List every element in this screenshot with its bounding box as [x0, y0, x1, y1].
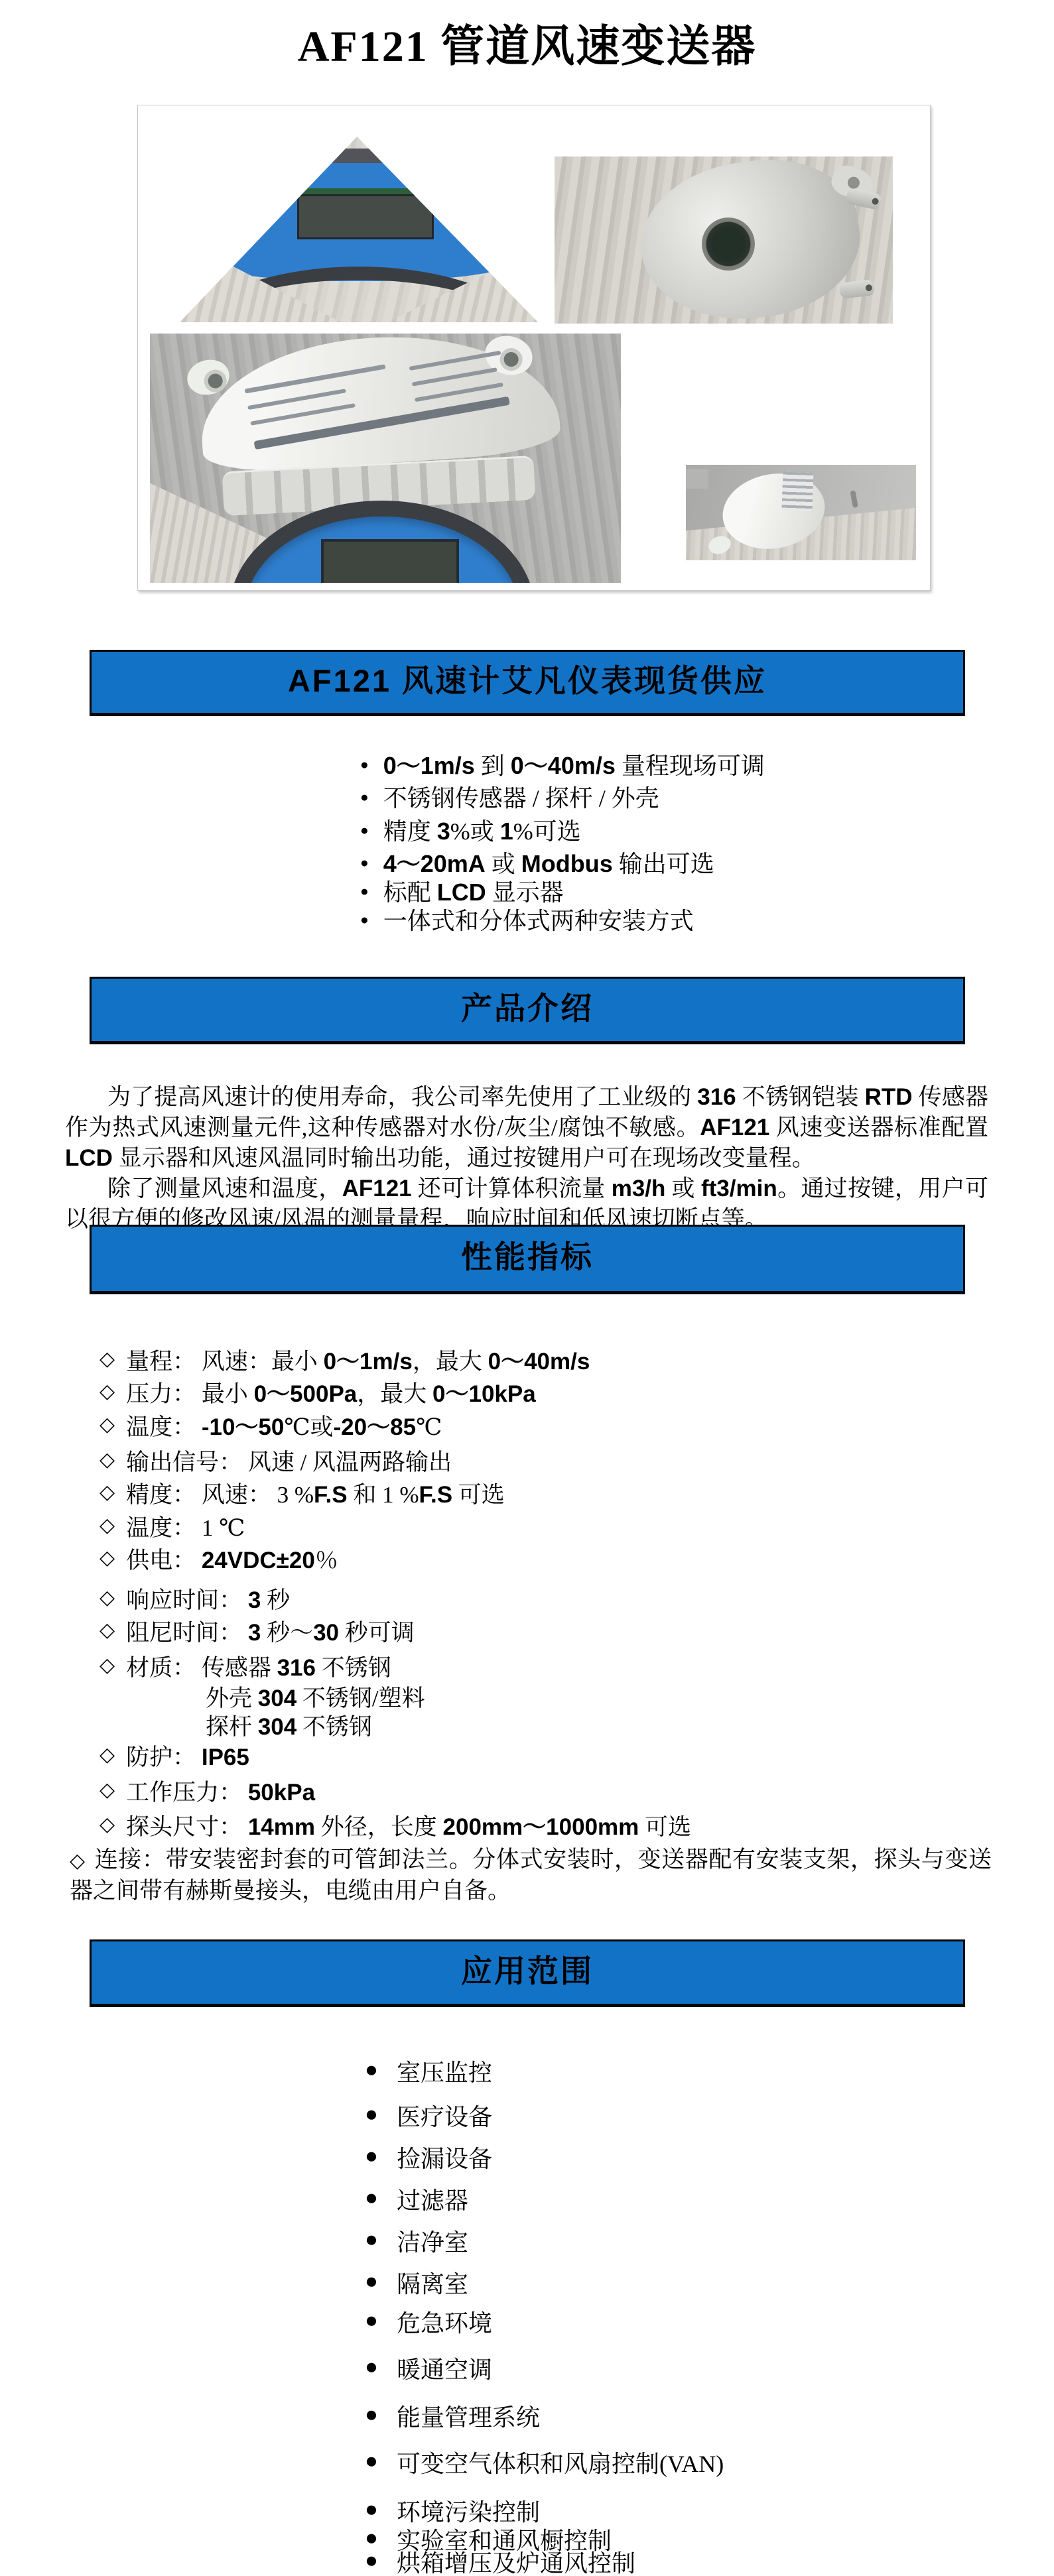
- cable-gland-bottom: [839, 279, 875, 298]
- spec-item: ◇ 供电： 24VDC±20％: [99, 1542, 338, 1575]
- application-text: 烘箱增压及炉通风控制: [397, 2545, 635, 2576]
- device-label: [781, 472, 813, 512]
- application-item: ● 能量管理系统: [365, 2399, 540, 2433]
- spec-item-connection: ◇连接：带安装密封套的可管卸法兰。分体式安装时，变送器配有安装支架，探头与变送器…: [70, 1845, 992, 1906]
- diamond-bullet-icon: ◇: [99, 1588, 115, 1608]
- spec-text: 阻尼时间： 3 秒～30 秒可调: [126, 1615, 415, 1648]
- application-item: ● 烘箱增压及炉通风控制: [365, 2545, 635, 2576]
- application-text: 捡漏设备: [397, 2140, 492, 2174]
- banner-specs-text: 性能指标: [461, 1233, 594, 1277]
- feature-text: 一体式和分体式两种安装方式: [383, 902, 694, 936]
- bullet-icon: ●: [360, 824, 369, 837]
- document-page: AF121 管道风速变送器: [0, 0, 1054, 2576]
- mounting-hole: [202, 367, 229, 395]
- feature-item: ● 精度 3%或 1%可选: [360, 813, 581, 847]
- feature-text: 不锈钢传感器 / 探杆 / 外壳: [383, 780, 659, 814]
- diamond-bullet-icon: ◇: [99, 1815, 115, 1835]
- spec-item: ◇ 工作压力： 50kPa: [99, 1774, 315, 1808]
- spec-text: 探头尺寸： 14mm 外径，长度 200mm～1000mm 可选: [126, 1809, 691, 1842]
- spec-item-continuation: 探杆 304 不锈钢: [206, 1709, 372, 1742]
- intro-section: 为了提高风速计的使用寿命，我公司率先使用了工业级的 316 不锈钢铠装 RTD …: [65, 1082, 988, 1235]
- banner-specs: 性能指标: [90, 1225, 965, 1294]
- bullet-icon: ●: [360, 790, 369, 804]
- bullet-icon: ●: [365, 2451, 378, 2473]
- product-photo-side-view: [555, 156, 893, 324]
- bullet-icon: ●: [365, 2404, 378, 2426]
- application-text: 洁净室: [397, 2224, 468, 2258]
- bullet-icon: ●: [365, 2271, 378, 2293]
- diamond-bullet-icon: ◇: [99, 1745, 115, 1765]
- application-text: 危急环境: [397, 2305, 492, 2339]
- spec-item: ◇ 压力： 最小 0～500Pa，最大 0～10kPa: [99, 1376, 536, 1409]
- application-item: ● 过滤器: [365, 2182, 468, 2216]
- page-title: AF121 管道风速变送器: [0, 11, 1054, 74]
- lcd-screen: [297, 194, 434, 239]
- diamond-bullet-icon: ◇: [99, 1382, 115, 1402]
- product-photo-triangle: [180, 137, 538, 322]
- spec-item: ◇ 探头尺寸： 14mm 外径，长度 200mm～1000mm 可选: [99, 1809, 691, 1842]
- bullet-icon: ●: [365, 2310, 378, 2332]
- diamond-bullet-icon: ◇: [70, 1850, 86, 1872]
- bullet-icon: ●: [365, 2229, 378, 2251]
- spec-text: 防护： IP65: [126, 1739, 249, 1772]
- spec-text: 连接：带安装密封套的可管卸法兰。分体式安装时，变送器配有安装支架，探头与变送器之…: [70, 1847, 992, 1904]
- application-text: 隔离室: [397, 2266, 468, 2300]
- bullet-icon: ●: [365, 2059, 378, 2081]
- bullet-icon: ●: [365, 2357, 378, 2378]
- background-object: [686, 469, 708, 489]
- feature-item: ● 0～1m/s 到 0～40m/s 量程现场可调: [360, 747, 765, 781]
- bullet-icon: ●: [365, 2187, 378, 2209]
- banner-applications-text: 应用范围: [461, 1947, 594, 1991]
- spec-text: 压力： 最小 0～500Pa，最大 0～10kPa: [126, 1376, 536, 1409]
- application-item: ● 暖通空调: [365, 2351, 492, 2385]
- bullet-icon: ●: [365, 2550, 378, 2572]
- application-text: 能量管理系统: [397, 2399, 540, 2433]
- spec-item: ◇ 量程： 风速：最小 0～1m/s，最大 0～40m/s: [99, 1343, 590, 1377]
- application-text: 医疗设备: [397, 2099, 492, 2132]
- spec-text: 响应时间： 3 秒: [126, 1582, 290, 1615]
- spec-text: 供电： 24VDC±20％: [126, 1542, 338, 1575]
- product-photo-front-view: [150, 334, 621, 583]
- feature-item: ● 一体式和分体式两种安装方式: [360, 902, 694, 936]
- mounting-ear: [706, 533, 733, 556]
- diamond-bullet-icon: ◇: [99, 1621, 115, 1640]
- application-item: ● 医疗设备: [365, 2099, 492, 2132]
- spec-text: 精度： 风速： 3 %F.S 和 1 %F.S 可选: [126, 1477, 505, 1510]
- gland-tip: [872, 198, 880, 206]
- lcd-screen: [321, 539, 459, 583]
- bullet-icon: ●: [360, 758, 369, 772]
- intro-paragraph: 为了提高风速计的使用寿命，我公司率先使用了工业级的 316 不锈钢铠装 RTD …: [65, 1082, 988, 1174]
- feature-item: ● 不锈钢传感器 / 探杆 / 外壳: [360, 780, 659, 814]
- spec-item: ◇ 材质： 传感器 316 不锈钢: [99, 1650, 391, 1683]
- application-text: 室压监控: [397, 2054, 492, 2088]
- spec-item: ◇ 温度： -10～50℃或-20～85℃: [99, 1409, 442, 1442]
- label-text-line: [412, 367, 497, 386]
- diamond-bullet-icon: ◇: [99, 1349, 115, 1369]
- diamond-bullet-icon: ◇: [99, 1516, 115, 1536]
- banner-applications: 应用范围: [90, 1939, 965, 2007]
- diamond-bullet-icon: ◇: [99, 1450, 115, 1470]
- banner-intro-text: 产品介绍: [461, 984, 594, 1028]
- application-text: 可变空气体积和风扇控制(VAN): [397, 2445, 724, 2479]
- spec-item: ◇ 防护： IP65: [99, 1739, 249, 1772]
- mounting-hole: [846, 175, 862, 190]
- spec-item: ◇ 温度： 1 ℃: [99, 1510, 245, 1543]
- product-photo-collage: [137, 105, 931, 591]
- spec-text: 材质： 传感器 316 不锈钢: [126, 1650, 391, 1683]
- spec-text: 探杆 304 不锈钢: [206, 1709, 372, 1742]
- spec-item: ◇ 输出信号： 风速 / 风温两路输出: [99, 1444, 452, 1477]
- feature-text: 0～1m/s 到 0～40m/s 量程现场可调: [383, 747, 765, 781]
- application-text: 暖通空调: [397, 2351, 492, 2385]
- banner-intro: 产品介绍: [90, 977, 965, 1044]
- diamond-bullet-icon: ◇: [99, 1415, 115, 1435]
- application-item: ● 洁净室: [365, 2224, 468, 2258]
- feature-text: 精度 3%或 1%可选: [383, 813, 581, 847]
- spec-text: 温度： 1 ℃: [126, 1510, 245, 1543]
- bullet-icon: ●: [360, 856, 369, 870]
- spec-text: 温度： -10～50℃或-20～85℃: [126, 1409, 442, 1442]
- application-item: ● 危急环境: [365, 2305, 492, 2339]
- application-item: ● 室压监控: [365, 2054, 492, 2088]
- probe-port: [702, 217, 755, 271]
- spec-item: ◇ 精度： 风速： 3 %F.S 和 1 %F.S 可选: [99, 1477, 505, 1510]
- bullet-icon: ●: [365, 2104, 378, 2126]
- product-photo-wall-mounted: [686, 465, 916, 560]
- device-top-ring: [180, 149, 538, 163]
- bullet-icon: ●: [360, 913, 369, 927]
- spec-item: ◇ 响应时间： 3 秒: [99, 1582, 290, 1615]
- diamond-bullet-icon: ◇: [99, 1548, 115, 1568]
- diamond-bullet-icon: ◇: [99, 1780, 115, 1800]
- diamond-bullet-icon: ◇: [99, 1656, 115, 1676]
- bullet-icon: ●: [360, 885, 369, 898]
- banner-supply: AF121 风速计艾凡仪表现货供应: [90, 650, 965, 716]
- spec-text: 工作压力： 50kPa: [126, 1774, 315, 1808]
- spec-item: ◇ 阻尼时间： 3 秒～30 秒可调: [99, 1615, 415, 1648]
- spec-text: 输出信号： 风速 / 风温两路输出: [126, 1444, 452, 1477]
- spec-text: 量程： 风速：最小 0～1m/s，最大 0～40m/s: [126, 1343, 590, 1377]
- bullet-icon: ●: [365, 2146, 378, 2168]
- bullet-icon: ●: [365, 2499, 378, 2521]
- application-item: ● 隔离室: [365, 2266, 468, 2300]
- application-text: 过滤器: [397, 2182, 468, 2216]
- gland-tip: [865, 284, 872, 292]
- application-item: ● 可变空气体积和风扇控制(VAN): [365, 2445, 724, 2479]
- banner-supply-text: AF121 风速计艾凡仪表现货供应: [288, 656, 767, 701]
- application-item: ● 捡漏设备: [365, 2140, 492, 2174]
- diamond-bullet-icon: ◇: [99, 1483, 115, 1503]
